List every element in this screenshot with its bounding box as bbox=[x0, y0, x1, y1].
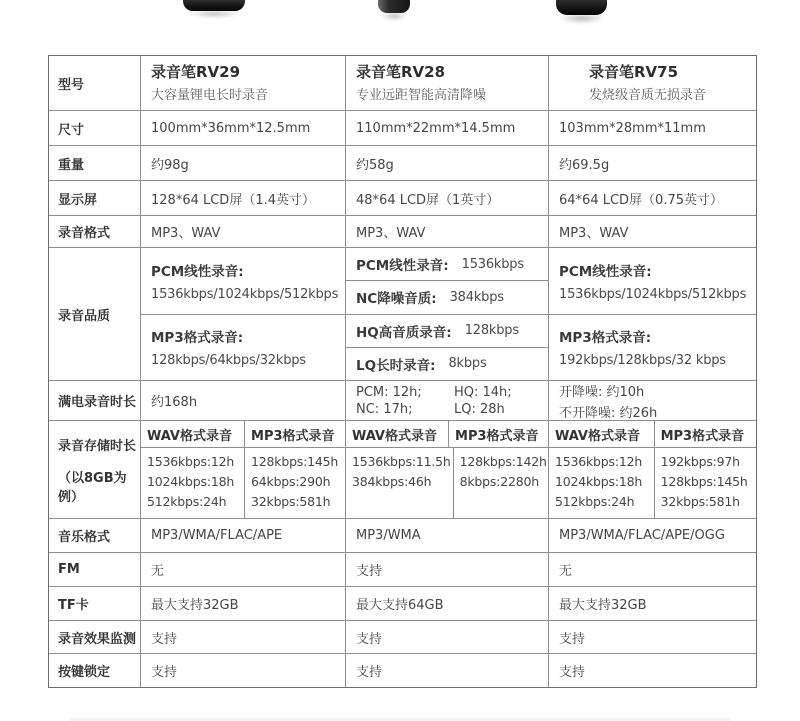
storage-body: 1536kbps:12h 1024kbps:18h 512kbps:24h 12… bbox=[141, 448, 345, 518]
cell-lock-rv28: 支持 bbox=[346, 654, 549, 687]
cell-fm-rv75: 无 bbox=[549, 553, 756, 586]
cell-quality-rv75: PCM线性录音: 1536kbps/1024kbps/512kbps MP3格式… bbox=[549, 248, 756, 380]
model-name: 录音笔RV28 bbox=[356, 63, 445, 82]
model-name: 录音笔RV75 bbox=[589, 63, 678, 82]
storage-mp3-header: MP3格式录音 bbox=[245, 421, 345, 447]
row-label-size: 尺寸 bbox=[49, 111, 141, 145]
cell-weight-rv75: 约69.5g bbox=[549, 146, 756, 180]
row-model: 型号 录音笔RV29 大容量锂电长时录音 录音笔RV28 专业远距智能高清降噪 … bbox=[49, 56, 756, 111]
cell-display-rv75: 64*64 LCD屏（0.75英寸） bbox=[549, 181, 756, 215]
row-weight: 重量 约98g 约58g 约69.5g bbox=[49, 146, 756, 181]
cell-weight-rv28: 约58g bbox=[346, 146, 549, 180]
row-label-weight: 重量 bbox=[49, 146, 141, 180]
cell-battery-rv28: PCM: 12h; HQ: 14h; NC: 17h; LQ: 28h bbox=[346, 381, 549, 420]
storage-wav-header: WAV格式录音 bbox=[346, 421, 449, 447]
storage-value: 128kbps:142h bbox=[460, 452, 547, 472]
battery-line: NC: 17h; LQ: 28h bbox=[356, 402, 538, 417]
row-label-battery: 满电录音时长 bbox=[49, 381, 141, 420]
storage-value: 1024kbps:18h bbox=[147, 472, 242, 492]
cell-tf-rv29: 最大支持32GB bbox=[141, 587, 346, 620]
storage-value: 384kbps:46h bbox=[352, 472, 451, 492]
battery-value: PCM: 12h; bbox=[356, 385, 454, 400]
storage-mp3-values: 128kbps:145h 64kbps:290h 32kbps:581h bbox=[245, 448, 345, 518]
device-body bbox=[183, 0, 245, 11]
row-rec-format: 录音格式 MP3、WAV MP3、WAV MP3、WAV bbox=[49, 216, 756, 248]
cell-music-rv75: MP3/WMA/FLAC/APE/OGG bbox=[549, 519, 756, 552]
cutoff-content-bottom bbox=[70, 717, 730, 721]
storage-value: 32kbps:581h bbox=[661, 492, 754, 512]
product-photo-rv28-bottom bbox=[378, 0, 410, 21]
cell-fm-rv29: 无 bbox=[141, 553, 346, 586]
cell-storage-rv28: WAV格式录音 MP3格式录音 1536kbps:11.5h 384kbps:4… bbox=[346, 421, 549, 518]
product-spec-page: 型号 录音笔RV29 大容量锂电长时录音 录音笔RV28 专业远距智能高清降噪 … bbox=[0, 0, 800, 721]
spec-table: 型号 录音笔RV29 大容量锂电长时录音 录音笔RV28 专业远距智能高清降噪 … bbox=[48, 55, 757, 688]
row-label-tf-card: TF卡 bbox=[49, 587, 141, 620]
cell-size-rv29: 100mm*36mm*12.5mm bbox=[141, 111, 346, 145]
cell-size-rv28: 110mm*22mm*14.5mm bbox=[346, 111, 549, 145]
quality-block: LQ长时录音: 8kbps bbox=[346, 348, 548, 380]
storage-value: 1536kbps:12h bbox=[555, 452, 652, 472]
battery-value: LQ: 28h bbox=[454, 402, 538, 417]
battery-value: HQ: 14h; bbox=[454, 385, 538, 400]
cell-quality-rv29: PCM线性录音: 1536kbps/1024kbps/512kbps MP3格式… bbox=[141, 248, 346, 380]
row-size: 尺寸 100mm*36mm*12.5mm 110mm*22mm*14.5mm 1… bbox=[49, 111, 756, 146]
battery-line: PCM: 12h; HQ: 14h; bbox=[356, 385, 538, 400]
cell-music-rv28: MP3/WMA bbox=[346, 519, 549, 552]
quality-value: 1536kbps bbox=[462, 257, 524, 272]
battery-value: 开降噪: 约10h bbox=[559, 381, 746, 400]
quality-block: PCM线性录音: 1536kbps/1024kbps/512kbps bbox=[141, 248, 345, 315]
storage-mp3-header: MP3格式录音 bbox=[449, 421, 548, 447]
cell-size-rv75: 103mm*28mm*11mm bbox=[549, 111, 756, 145]
device-reflection bbox=[186, 12, 242, 18]
row-battery: 满电录音时长 约168h PCM: 12h; HQ: 14h; NC: 17h;… bbox=[49, 381, 756, 421]
cell-tf-rv75: 最大支持32GB bbox=[549, 587, 756, 620]
quality-block: PCM线性录音: 1536kbps bbox=[346, 248, 548, 281]
quality-block: NC降噪音质: 384kbps bbox=[346, 281, 548, 314]
row-music: 音乐格式 MP3/WMA/FLAC/APE MP3/WMA MP3/WMA/FL… bbox=[49, 519, 756, 553]
cell-weight-rv29: 约98g bbox=[141, 146, 346, 180]
model-tagline: 专业远距智能高清降噪 bbox=[356, 84, 486, 103]
storage-mp3-values: 128kbps:142h 8kbps:2280h bbox=[454, 448, 549, 518]
quality-title: PCM线性录音: bbox=[559, 260, 746, 280]
device-reflection bbox=[558, 16, 606, 24]
cell-monitor-rv75: 支持 bbox=[549, 621, 756, 653]
storage-mp3-header: MP3格式录音 bbox=[655, 421, 756, 447]
storage-wav-values: 1536kbps:12h 1024kbps:18h 512kbps:24h bbox=[549, 448, 655, 518]
storage-value: 512kbps:24h bbox=[147, 492, 242, 512]
row-label-quality: 录音品质 bbox=[49, 248, 141, 380]
device-body bbox=[378, 0, 410, 13]
quality-title: PCM线性录音: bbox=[356, 254, 449, 274]
storage-header: WAV格式录音 MP3格式录音 bbox=[346, 421, 548, 448]
row-label-display: 显示屏 bbox=[49, 181, 141, 215]
cell-rec-format-rv29: MP3、WAV bbox=[141, 216, 346, 247]
device-body bbox=[556, 0, 607, 15]
row-label-monitor: 录音效果监测 bbox=[49, 621, 141, 653]
cell-storage-rv29: WAV格式录音 MP3格式录音 1536kbps:12h 1024kbps:18… bbox=[141, 421, 346, 518]
row-label-model: 型号 bbox=[49, 56, 141, 110]
model-name: 录音笔RV29 bbox=[151, 63, 240, 82]
quality-block: PCM线性录音: 1536kbps/1024kbps/512kbps bbox=[549, 248, 756, 315]
storage-wav-header: WAV格式录音 bbox=[549, 421, 655, 447]
storage-value: 1024kbps:18h bbox=[555, 472, 652, 492]
quality-title: PCM线性录音: bbox=[151, 260, 335, 280]
storage-value: 128kbps:145h bbox=[251, 452, 343, 472]
quality-value: 192kbps/128kbps/32 kbps bbox=[559, 353, 746, 368]
quality-title: HQ高音质录音: bbox=[356, 321, 452, 341]
cell-lock-rv29: 支持 bbox=[141, 654, 346, 687]
storage-body: 1536kbps:11.5h 384kbps:46h 128kbps:142h … bbox=[346, 448, 548, 518]
row-label-key-lock: 按键锁定 bbox=[49, 654, 141, 687]
storage-wav-values: 1536kbps:11.5h 384kbps:46h bbox=[346, 448, 454, 518]
row-fm: FM 无 支持 无 bbox=[49, 553, 756, 587]
storage-value: 128kbps:145h bbox=[661, 472, 754, 492]
quality-value: 128kbps bbox=[465, 323, 519, 338]
cell-fm-rv28: 支持 bbox=[346, 553, 549, 586]
cell-display-rv28: 48*64 LCD屏（1英寸） bbox=[346, 181, 549, 215]
row-label-storage: 录音存储时长 （以8GB为例） bbox=[49, 421, 141, 518]
storage-mp3-values: 192kbps:97h 128kbps:145h 32kbps:581h bbox=[655, 448, 756, 518]
quality-block: MP3格式录音: 128kbps/64kbps/32kbps bbox=[141, 315, 345, 381]
cell-monitor-rv29: 支持 bbox=[141, 621, 346, 653]
row-key-lock: 按键锁定 支持 支持 支持 bbox=[49, 654, 756, 687]
product-photo-rv75-bottom bbox=[556, 0, 607, 24]
model-tagline: 发烧级音质无损录音 bbox=[589, 84, 706, 103]
row-quality: 录音品质 PCM线性录音: 1536kbps/1024kbps/512kbps … bbox=[49, 248, 756, 381]
storage-header: WAV格式录音 MP3格式录音 bbox=[141, 421, 345, 448]
quality-value: 8kbps bbox=[448, 356, 486, 371]
cell-battery-rv29: 约168h bbox=[141, 381, 346, 420]
storage-wav-header: WAV格式录音 bbox=[141, 421, 245, 447]
storage-value: 1536kbps:12h bbox=[147, 452, 242, 472]
quality-title: LQ长时录音: bbox=[356, 354, 435, 374]
cell-monitor-rv28: 支持 bbox=[346, 621, 549, 653]
storage-header: WAV格式录音 MP3格式录音 bbox=[549, 421, 756, 448]
cell-lock-rv75: 支持 bbox=[549, 654, 756, 687]
storage-value: 8kbps:2280h bbox=[460, 472, 547, 492]
quality-title: MP3格式录音: bbox=[559, 326, 746, 346]
quality-value: 384kbps bbox=[450, 290, 504, 305]
storage-label-line1: 录音存储时长 bbox=[58, 435, 136, 454]
row-label-rec-format: 录音格式 bbox=[49, 216, 141, 247]
cell-tf-rv28: 最大支持64GB bbox=[346, 587, 549, 620]
cell-storage-rv75: WAV格式录音 MP3格式录音 1536kbps:12h 1024kbps:18… bbox=[549, 421, 756, 518]
storage-value: 32kbps:581h bbox=[251, 492, 343, 512]
quality-block: HQ高音质录音: 128kbps bbox=[346, 315, 548, 348]
cell-battery-rv75: 开降噪: 约10h 不开降噪: 约26h bbox=[549, 381, 756, 420]
row-monitor: 录音效果监测 支持 支持 支持 bbox=[49, 621, 756, 654]
quality-value: 128kbps/64kbps/32kbps bbox=[151, 353, 335, 368]
cell-model-rv28: 录音笔RV28 专业远距智能高清降噪 bbox=[346, 56, 549, 110]
cell-quality-rv28: PCM线性录音: 1536kbps NC降噪音质: 384kbps HQ高音质录… bbox=[346, 248, 549, 380]
cell-model-rv75: 录音笔RV75 发烧级音质无损录音 bbox=[549, 56, 756, 110]
cell-music-rv29: MP3/WMA/FLAC/APE bbox=[141, 519, 346, 552]
storage-value: 192kbps:97h bbox=[661, 452, 754, 472]
storage-wav-values: 1536kbps:12h 1024kbps:18h 512kbps:24h bbox=[141, 448, 245, 518]
battery-value: NC: 17h; bbox=[356, 402, 454, 417]
quality-value: 1536kbps/1024kbps/512kbps bbox=[559, 287, 746, 302]
quality-value: 1536kbps/1024kbps/512kbps bbox=[151, 287, 335, 302]
row-storage: 录音存储时长 （以8GB为例） WAV格式录音 MP3格式录音 1536kbps… bbox=[49, 421, 756, 519]
model-tagline: 大容量锂电长时录音 bbox=[151, 84, 268, 103]
quality-title: NC降噪音质: bbox=[356, 287, 437, 307]
quality-block: MP3格式录音: 192kbps/128kbps/32 kbps bbox=[549, 315, 756, 381]
row-tf-card: TF卡 最大支持32GB 最大支持64GB 最大支持32GB bbox=[49, 587, 756, 621]
cell-rec-format-rv28: MP3、WAV bbox=[346, 216, 549, 247]
quality-title: MP3格式录音: bbox=[151, 326, 335, 346]
cell-model-rv29: 录音笔RV29 大容量锂电长时录音 bbox=[141, 56, 346, 110]
storage-value: 1536kbps:11.5h bbox=[352, 452, 451, 472]
row-label-music: 音乐格式 bbox=[49, 519, 141, 552]
storage-value: 512kbps:24h bbox=[555, 492, 652, 512]
cell-display-rv29: 128*64 LCD屏（1.4英寸） bbox=[141, 181, 346, 215]
cell-rec-format-rv75: MP3、WAV bbox=[549, 216, 756, 247]
storage-body: 1536kbps:12h 1024kbps:18h 512kbps:24h 19… bbox=[549, 448, 756, 518]
storage-value: 64kbps:290h bbox=[251, 472, 343, 492]
storage-label-line2: （以8GB为例） bbox=[58, 467, 136, 505]
device-reflection bbox=[381, 14, 407, 21]
battery-value: 不开降噪: 约26h bbox=[559, 402, 746, 421]
product-photo-rv29-bottom bbox=[183, 0, 245, 18]
row-label-fm: FM bbox=[49, 553, 141, 586]
row-display: 显示屏 128*64 LCD屏（1.4英寸） 48*64 LCD屏（1英寸） 6… bbox=[49, 181, 756, 216]
